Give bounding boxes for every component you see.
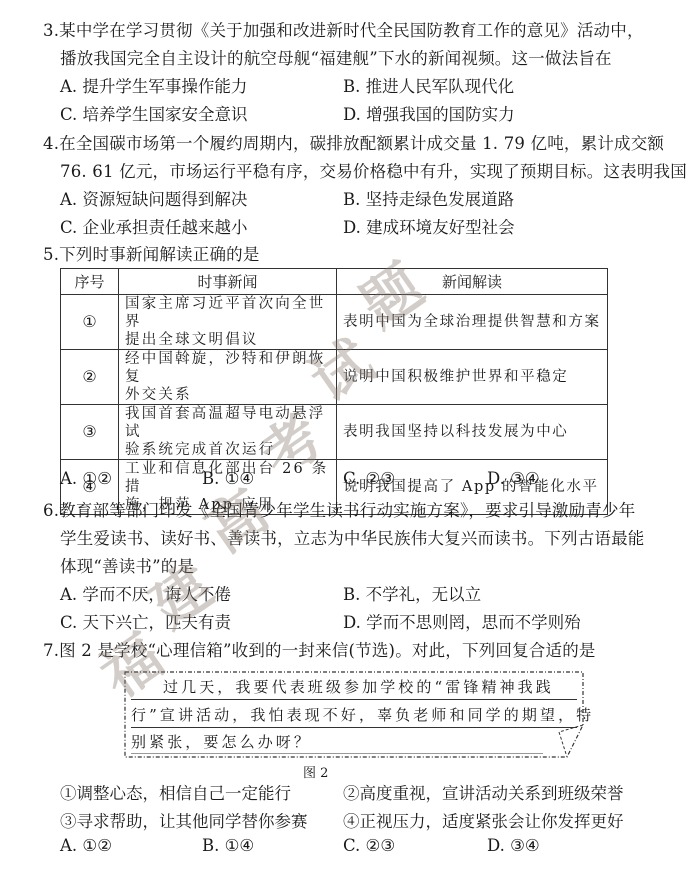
- question-number: 7.: [43, 641, 59, 660]
- table-header-row: 序号 时事新闻 新闻解读: [61, 269, 608, 295]
- question-7-option-c[interactable]: C. ②③: [343, 836, 395, 855]
- row-number: ①: [61, 295, 119, 350]
- table-row: ② 经中国斡旋，沙特和伊朗恢复外交关系 说明中国积极维护世界和平稳定: [61, 350, 608, 405]
- question-4-option-c[interactable]: C. 企业承担责任越来越小: [60, 214, 248, 238]
- figure-caption: 图 2: [303, 762, 328, 781]
- question-number: 4.: [43, 134, 59, 153]
- question-number: 6.: [43, 501, 59, 520]
- question-3-option-b[interactable]: B. 推进人民军队现代化: [343, 73, 514, 97]
- exam-page: 3.某中学在学习贯彻《关于加强和改进新时代全民国防教育工作的意见》活动中， 播放…: [0, 0, 700, 870]
- question-4-option-b[interactable]: B. 坚持走绿色发展道路: [343, 186, 514, 210]
- question-5-stem: 5.下列时事新闻解读正确的是: [43, 241, 260, 265]
- question-number: 5.: [43, 245, 59, 264]
- question-3-stem-line-2: 播放我国完全自主设计的航空母舰“福建舰”下水的新闻视频。这一做法旨在: [60, 45, 612, 69]
- question-3-option-c[interactable]: C. 培养学生国家安全意识: [60, 101, 248, 125]
- letter-rule: [131, 727, 577, 728]
- question-7-stem: 7.图 2 是学校“心理信箱”收到的一封来信(节选)。对此，下列回复合适的是: [43, 637, 596, 661]
- row-number: ②: [61, 350, 119, 405]
- row-news: 经中国斡旋，沙特和伊朗恢复外交关系: [119, 350, 337, 405]
- table-row: ③ 我国首套高温超导电动悬浮试验系统完成首次运行 表明我国坚持以科技发展为中心: [61, 405, 608, 460]
- row-news: 国家主席习近平首次向全世界提出全球文明倡议: [119, 295, 337, 350]
- question-6-stem-line-1: 6.教育部等部门印发《全国青少年学生读书行动实施方案》，要求引导激励青少年: [43, 497, 635, 521]
- question-3-option-a[interactable]: A. 提升学生军事操作能力: [60, 73, 247, 97]
- column-header-news: 时事新闻: [119, 269, 337, 295]
- question-5-option-a[interactable]: A. ①②: [60, 469, 112, 488]
- letter-line-1: 过几天，我要代表班级参加学校的“雷锋精神我践: [163, 676, 554, 697]
- question-number: 3.: [43, 21, 59, 40]
- question-7-option-d[interactable]: D. ③④: [487, 836, 540, 855]
- letter-rule: [131, 699, 577, 700]
- question-4-option-a[interactable]: A. 资源短缺问题得到解决: [60, 186, 247, 210]
- question-6-option-c[interactable]: C. 天下兴亡，匹夫有责: [60, 609, 231, 633]
- question-4-stem-line-1: 4.在全国碳市场第一个履约周期内，碳排放配额累计成交量 1. 79 亿吨，累计成…: [43, 130, 664, 154]
- table-row: ① 国家主席习近平首次向全世界提出全球文明倡议 表明中国为全球治理提供智慧和方案: [61, 295, 608, 350]
- letter-rule: [131, 753, 543, 754]
- row-interpretation: 说明中国积极维护世界和平稳定: [337, 350, 608, 405]
- statement-1: ①调整心态，相信自己一定能行: [60, 780, 291, 804]
- question-6-option-b[interactable]: B. 不学礼，无以立: [343, 581, 481, 605]
- statement-2: ②高度重视，宣讲活动关系到班级荣誉: [343, 780, 624, 804]
- row-interpretation: 表明中国为全球治理提供智慧和方案: [337, 295, 608, 350]
- question-4-option-d[interactable]: D. 建成环境友好型社会: [343, 214, 515, 238]
- row-news: 我国首套高温超导电动悬浮试验系统完成首次运行: [119, 405, 337, 460]
- column-header-number: 序号: [61, 269, 119, 295]
- question-5-option-d[interactable]: D. ③④: [487, 469, 540, 488]
- column-header-interpretation: 新闻解读: [337, 269, 608, 295]
- question-6-stem-line-3: 体现“善读书”的是: [60, 553, 194, 577]
- question-5-option-b[interactable]: B. ①④: [202, 469, 254, 488]
- statement-4: ④正视压力，适度紧张会让你发挥更好: [343, 808, 624, 832]
- question-3-stem-line-1: 3.某中学在学习贯彻《关于加强和改进新时代全民国防教育工作的意见》活动中，: [43, 17, 644, 41]
- question-7-option-b[interactable]: B. ①④: [202, 836, 254, 855]
- letter-figure: 过几天，我要代表班级参加学校的“雷锋精神我践 行”宣讲活动，我怕表现不好，辜负老…: [123, 670, 593, 758]
- question-5-option-c[interactable]: C. ②③: [343, 469, 395, 488]
- row-interpretation: 表明我国坚持以科技发展为中心: [337, 405, 608, 460]
- question-6-option-a[interactable]: A. 学而不厌，诲人不倦: [60, 581, 231, 605]
- question-6-stem-line-2: 学生爱读书、读好书、善读书，立志为中华民族伟大复兴而读书。下列古语最能: [60, 525, 645, 549]
- statement-3: ③寻求帮助，让其他同学替你参赛: [60, 808, 308, 832]
- letter-line-3: 别紧张，要怎么办呀？: [131, 731, 312, 752]
- question-6-option-d[interactable]: D. 学而不思则罔，思而不学则殆: [343, 609, 581, 633]
- row-number: ③: [61, 405, 119, 460]
- letter-line-2: 行”宣讲活动，我怕表现不好，辜负老师和同学的期望，特: [131, 704, 594, 725]
- question-7-option-a[interactable]: A. ①②: [60, 836, 112, 855]
- question-4-stem-line-2: 76. 61 亿元，市场运行平稳有序，交易价格稳中有升，实现了预期目标。这表明我…: [60, 158, 687, 182]
- question-3-option-d[interactable]: D. 增强我国的国防实力: [343, 101, 515, 125]
